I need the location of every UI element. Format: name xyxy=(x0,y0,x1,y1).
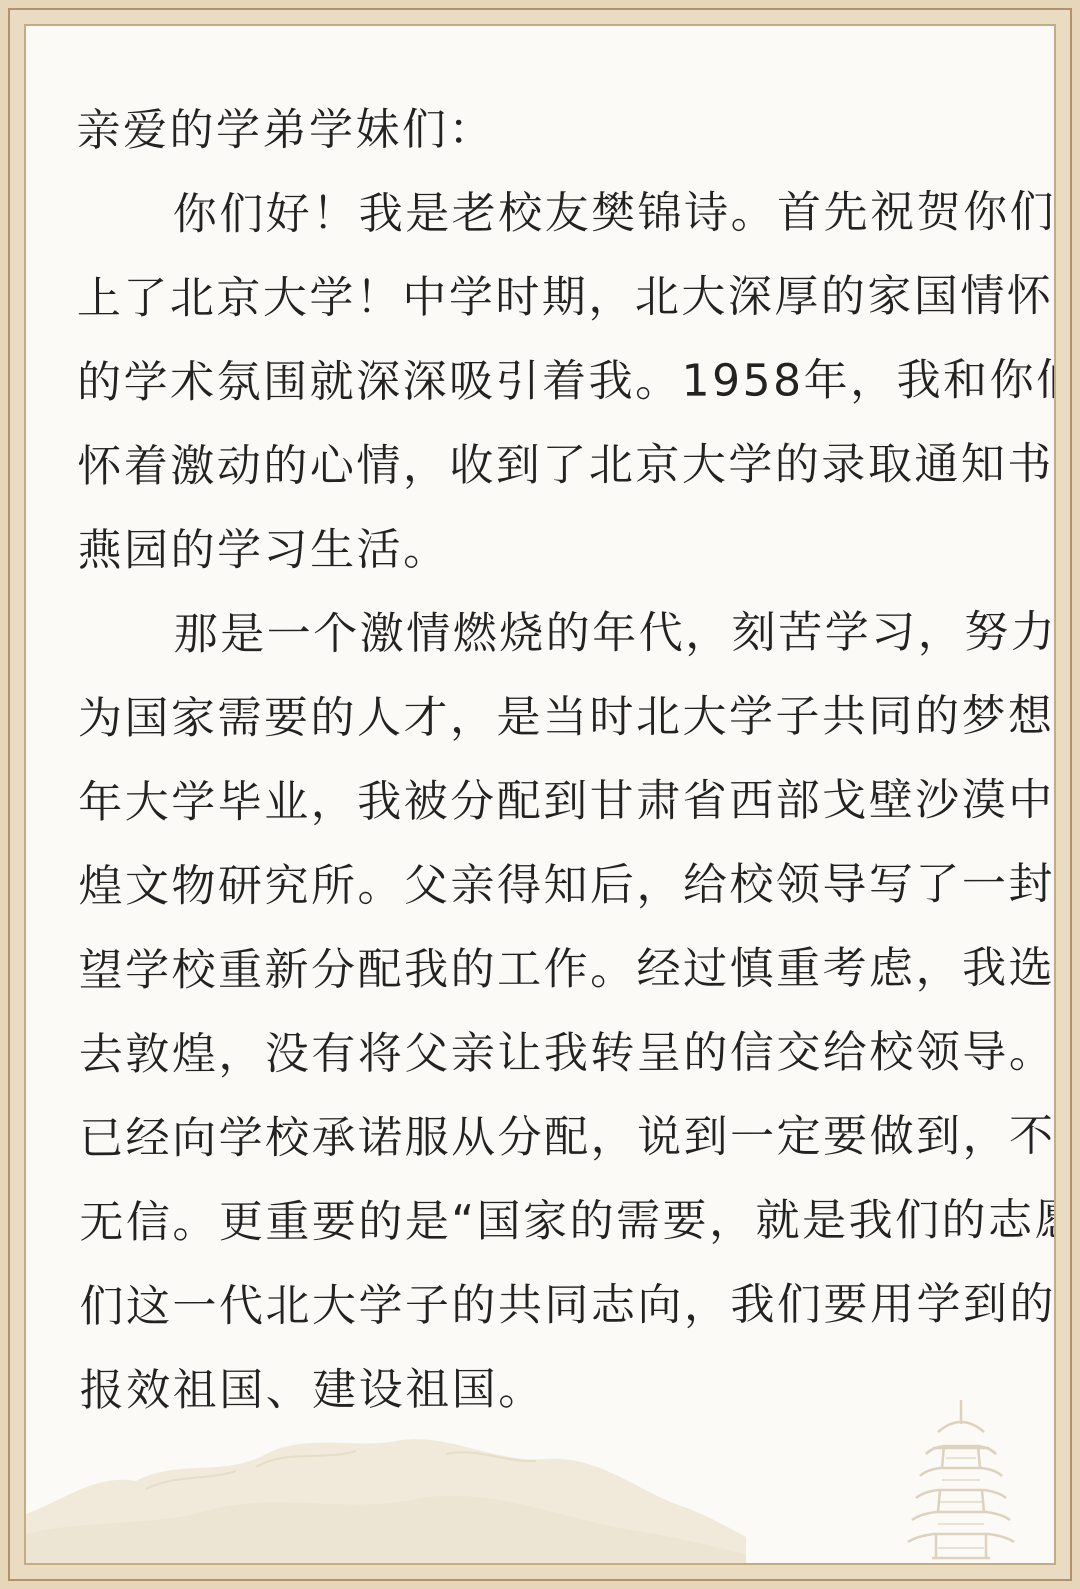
letter-line: 亲爱的学弟学妹们： xyxy=(76,87,1004,173)
letter-line: 你们好！我是老校友樊锦诗。首先祝贺你们考 xyxy=(77,171,1005,257)
letter-body: 亲爱的学弟学妹们：你们好！我是老校友樊锦诗。首先祝贺你们考上了北京大学！中学时期… xyxy=(24,25,1056,1434)
letter-line: 无信。更重要的是“国家的需要，就是我们的志愿”是我 xyxy=(79,1179,1007,1265)
letter-line: 燕园的学习生活。 xyxy=(77,507,1005,593)
letter-line: 的学术氛围就深深吸引着我。1958年，我和你们一样 xyxy=(77,339,1005,425)
letter-line: 报效祖国、建设祖国。 xyxy=(80,1347,1008,1433)
letter-paper: 亲爱的学弟学妹们：你们好！我是老校友樊锦诗。首先祝贺你们考上了北京大学！中学时期… xyxy=(24,24,1056,1565)
decorative-frame: 亲爱的学弟学妹们：你们好！我是老校友樊锦诗。首先祝贺你们考上了北京大学！中学时期… xyxy=(8,8,1072,1581)
letter-line: 为国家需要的人才，是当时北大学子共同的梦想。1963 xyxy=(78,675,1006,761)
letter-line: 们这一代北大学子的共同志向，我们要用学到的知识， xyxy=(79,1263,1007,1349)
letter-line: 已经向学校承诺服从分配，说到一定要做到，不可言而 xyxy=(79,1095,1007,1181)
letter-line: 上了北京大学！中学时期，北大深厚的家国情怀和浓郁 xyxy=(77,255,1005,341)
mountain-watermark xyxy=(26,1419,746,1565)
letter-page: 亲爱的学弟学妹们：你们好！我是老校友樊锦诗。首先祝贺你们考上了北京大学！中学时期… xyxy=(0,0,1080,1589)
letter-line: 年大学毕业，我被分配到甘肃省西部戈壁沙漠中的敦 xyxy=(78,759,1006,845)
letter-line: 望学校重新分配我的工作。经过慎重考虑，我选择 xyxy=(79,927,1007,1013)
letter-line: 去敦煌，没有将父亲让我转呈的信交给校领导。因为我 xyxy=(79,1011,1007,1097)
letter-line: 怀着激动的心情，收到了北京大学的录取通知书，开始了 xyxy=(77,423,1005,509)
letter-line: 煌文物研究所。父亲得知后，给校领导写了一封信希 xyxy=(78,843,1006,929)
letter-line: 那是一个激情燃烧的年代，刻苦学习，努力使自己成 xyxy=(78,591,1006,677)
